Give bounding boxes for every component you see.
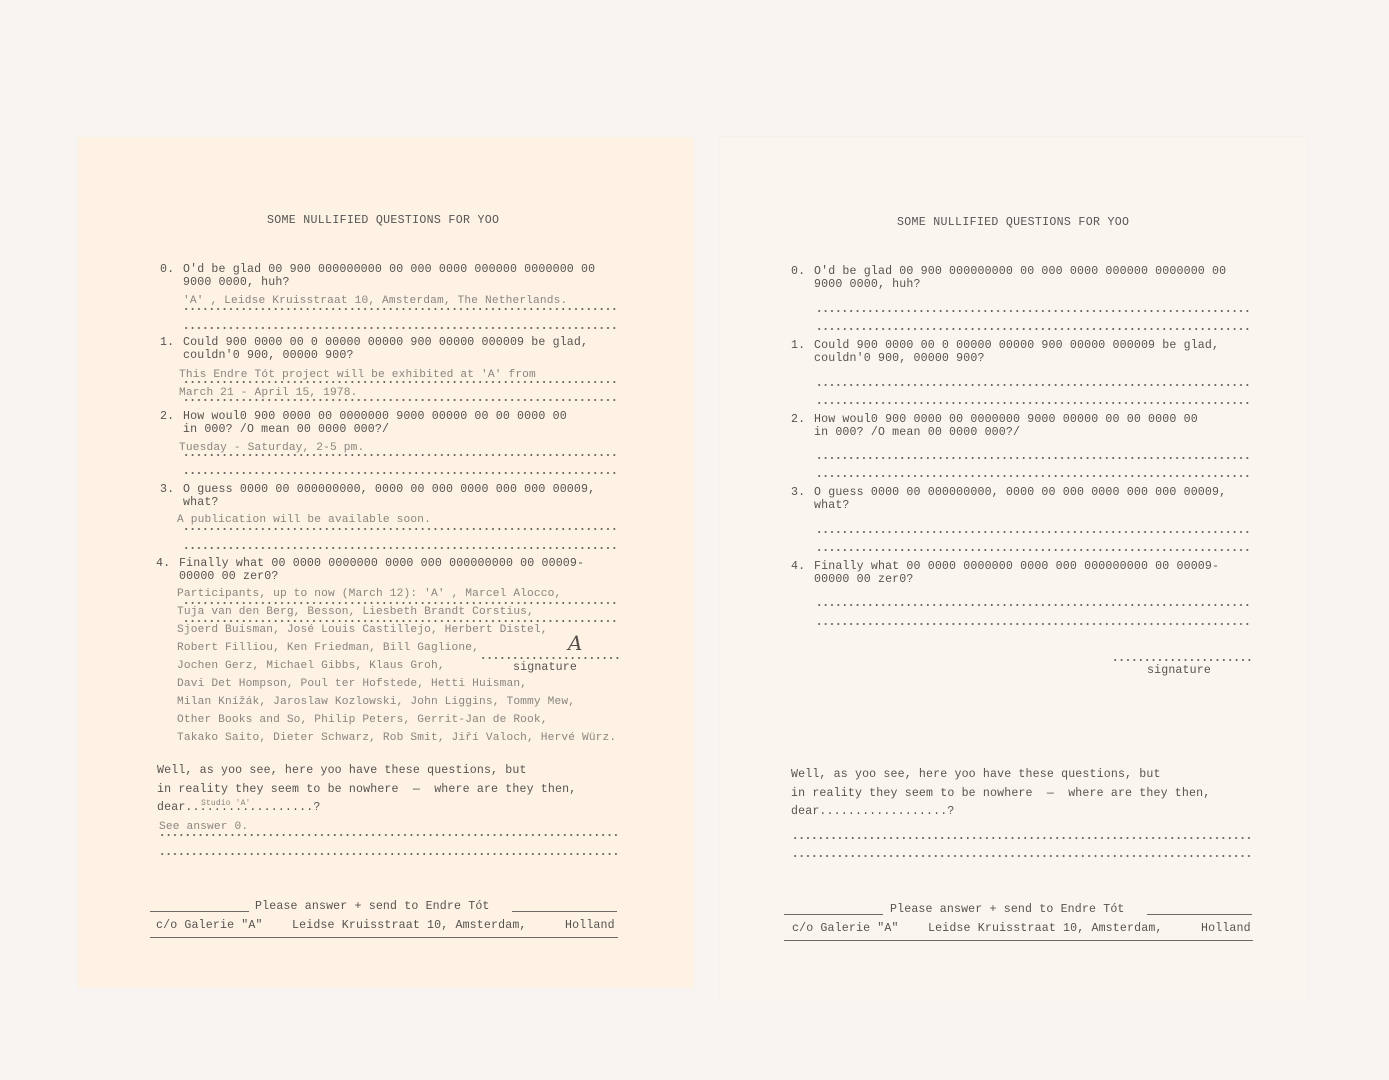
answer-line	[816, 549, 1252, 551]
footer-rule	[512, 911, 617, 912]
question-0-number: 0.	[160, 263, 174, 276]
handwritten-signature-mark: A	[568, 631, 582, 655]
answer-line	[183, 602, 619, 604]
question-2-number: 2.	[160, 410, 174, 423]
answer-line	[792, 855, 1252, 857]
participants-line: Participants, up to now (March 12): 'A' …	[177, 588, 561, 601]
participants-line: Davi Det Hompson, Poul ter Hofstede, Het…	[177, 678, 527, 691]
closing-line-3: dear..................?	[157, 801, 320, 814]
answer-line	[159, 853, 619, 855]
answer-3: A publication will be available soon.	[177, 514, 431, 527]
question-1-number: 1.	[791, 339, 805, 352]
footer-send-to: Please answer + send to Endre Tót	[255, 900, 490, 913]
answer-line	[816, 531, 1252, 533]
question-2-number: 2.	[791, 413, 805, 426]
answer-line	[816, 475, 1252, 477]
question-3-line1: O guess 0000 00 000000000, 0000 00 000 0…	[814, 486, 1226, 499]
left-sheet-filled: SOME NULLIFIED QUESTIONS FOR YOO 0. O'd …	[78, 137, 694, 988]
answer-line	[816, 402, 1252, 404]
participants-line: Takako Saito, Dieter Schwarz, Rob Smit, …	[177, 732, 616, 745]
question-3-line2: what?	[183, 496, 219, 509]
question-1-line1: Could 900 0000 00 0 00000 00000 900 0000…	[183, 336, 588, 349]
question-0-line1: O'd be glad 00 900 000000000 00 000 0000…	[183, 263, 595, 276]
question-4-number: 4.	[791, 560, 805, 573]
question-0-line2: 9000 0000, huh?	[183, 276, 290, 289]
signature-label: signature	[513, 661, 577, 674]
question-3-line1: O guess 0000 00 000000000, 0000 00 000 0…	[183, 483, 595, 496]
question-4-line2: 00000 00 zer0?	[179, 570, 279, 583]
question-3-number: 3.	[160, 483, 174, 496]
question-4-line2: 00000 00 zer0?	[814, 573, 914, 586]
question-1-number: 1.	[160, 336, 174, 349]
question-2-line1: How woul0 900 0000 00 0000000 9000 00000…	[814, 413, 1198, 426]
answer-line	[183, 620, 619, 622]
question-3-line2: what?	[814, 499, 850, 512]
answer-line	[183, 381, 619, 383]
right-sheet-blank: SOME NULLIFIED QUESTIONS FOR YOO 0. O'd …	[720, 137, 1308, 1001]
answer-line	[183, 308, 619, 310]
footer-address: Leidse Kruisstraat 10, Amsterdam,	[928, 922, 1163, 935]
participants-line: Sjoerd Buisman, José Louis Castillejo, H…	[177, 624, 548, 637]
footer-rule	[150, 937, 618, 938]
answer-line	[792, 837, 1252, 839]
answer-line	[183, 547, 619, 549]
answer-0: 'A' , Leidse Kruisstraat 10, Amsterdam, …	[183, 295, 567, 308]
participants-line: Robert Filliou, Ken Friedman, Bill Gagli…	[177, 642, 479, 655]
participants-line: Jochen Gerz, Michael Gibbs, Klaus Groh,	[177, 660, 445, 673]
signature-line	[1112, 659, 1252, 661]
question-1-line2: couldn'0 900, 00000 900?	[183, 349, 354, 362]
footer-galerie: c/o Galerie "A"	[792, 922, 899, 935]
answer-line	[816, 384, 1252, 386]
answer-line	[159, 834, 619, 836]
question-0-line2: 9000 0000, huh?	[814, 278, 921, 291]
answer-line	[816, 623, 1252, 625]
question-4-line1: Finally what 00 0000 0000000 0000 000 00…	[814, 560, 1219, 573]
footer-country: Holland	[1201, 922, 1251, 935]
answer-line	[183, 399, 619, 401]
question-1-line1: Could 900 0000 00 0 00000 00000 900 0000…	[814, 339, 1219, 352]
participants-line: Tuja van den Berg, Besson, Liesbeth Bran…	[177, 606, 534, 619]
closing-line-2: in reality they seem to be nowhere — whe…	[157, 783, 576, 796]
sheet-title: SOME NULLIFIED QUESTIONS FOR YOO	[267, 214, 499, 227]
footer-address: Leidse Kruisstraat 10, Amsterdam,	[292, 919, 527, 932]
signature-label: signature	[1147, 664, 1211, 677]
question-1-line2: couldn'0 900, 00000 900?	[814, 352, 985, 365]
question-0-line1: O'd be glad 00 900 000000000 00 000 0000…	[814, 265, 1226, 278]
signature-line	[480, 657, 620, 659]
answer-line	[183, 454, 619, 456]
closing-line-3: dear..................?	[791, 805, 954, 818]
closing-line-1: Well, as yoo see, here yoo have these qu…	[791, 768, 1161, 781]
answer-line	[816, 604, 1252, 606]
closing-line-1: Well, as yoo see, here yoo have these qu…	[157, 764, 527, 777]
question-4-number: 4.	[156, 557, 170, 570]
question-0-number: 0.	[791, 265, 805, 278]
closing-line-2: in reality they seem to be nowhere — whe…	[791, 787, 1210, 800]
footer-rule	[784, 914, 883, 915]
question-2-line2: in 000? /O mean 00 0000 000?/	[183, 423, 389, 436]
answer-line	[816, 457, 1252, 459]
footer-country: Holland	[565, 919, 615, 932]
question-2-line2: in 000? /O mean 00 0000 000?/	[814, 426, 1020, 439]
sheet-title: SOME NULLIFIED QUESTIONS FOR YOO	[897, 216, 1129, 229]
question-2-line1: How woul0 900 0000 00 0000000 9000 00000…	[183, 410, 567, 423]
answer-line	[816, 328, 1252, 330]
closing-answer: See answer 0.	[159, 821, 248, 834]
answer-line	[183, 528, 619, 530]
question-4-line1: Finally what 00 0000 0000000 0000 000 00…	[179, 557, 584, 570]
footer-rule	[150, 911, 249, 912]
answer-line	[816, 310, 1252, 312]
footer-rule	[784, 940, 1253, 941]
question-3-number: 3.	[791, 486, 805, 499]
footer-rule	[1147, 914, 1252, 915]
answer-line	[183, 472, 619, 474]
answer-line	[183, 327, 619, 329]
participants-line: Milan Knížák, Jaroslaw Kozlowski, John L…	[177, 696, 575, 709]
footer-galerie: c/o Galerie "A"	[156, 919, 263, 932]
footer-send-to: Please answer + send to Endre Tót	[890, 903, 1125, 916]
participants-line: Other Books and So, Philip Peters, Gerri…	[177, 714, 548, 727]
